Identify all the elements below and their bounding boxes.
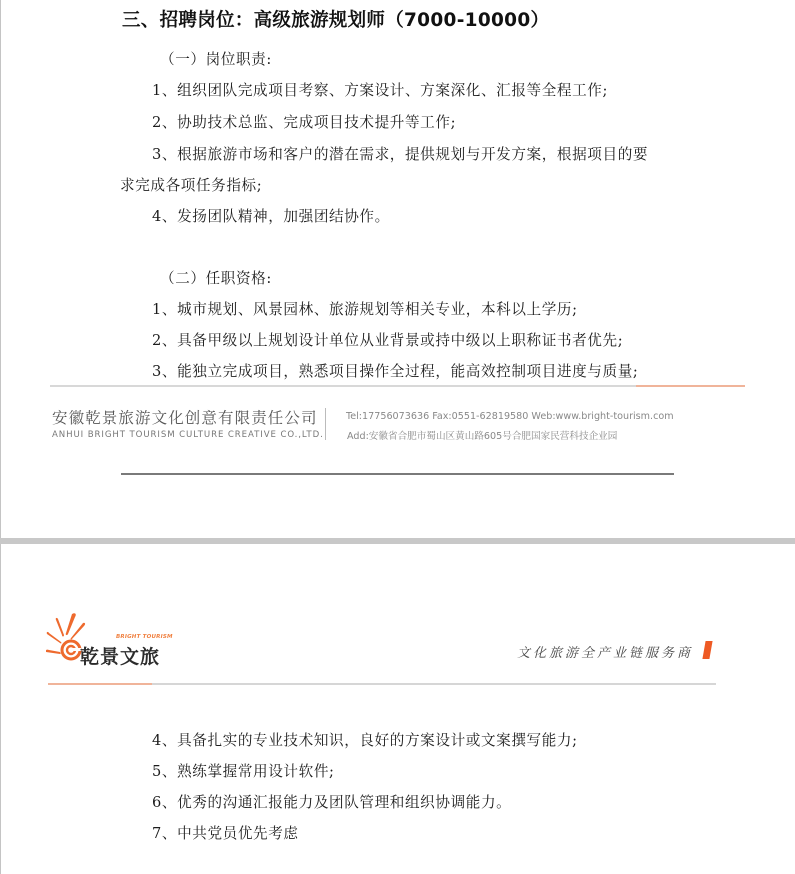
duties-title: （一）岗位职责: [160, 48, 272, 69]
footer-rule-accent [636, 385, 745, 387]
qualification-item: 3、能独立完成项目，熟悉项目操作全过程，能高效控制项目进度与质量; [152, 360, 638, 381]
duty-item: 4、发扬团队精神，加强团结协作。 [152, 205, 390, 226]
duty-item: 2、协助技术总监、完成项目技术提升等工作; [152, 111, 456, 132]
duty-item-continued: 求完成各项任务指标; [120, 174, 262, 195]
duty-item: 3、根据旅游市场和客户的潜在需求，提供规划与开发方案，根据项目的要 [152, 143, 648, 164]
company-logo: BRIGHT TOURISM 乾景文旅 [46, 612, 176, 674]
company-name-en: ANHUI BRIGHT TOURISM CULTURE CREATIVE CO… [52, 430, 324, 440]
job-heading: 三、招聘岗位：高级旅游规划师（7000-10000） [122, 6, 549, 32]
slogan-accent-bar [702, 641, 712, 659]
header-rule-gray [152, 683, 716, 685]
qualification-item: 1、城市规划、风景园林、旅游规划等相关专业，本科以上学历; [152, 298, 578, 319]
qualification-item: 7、中共党员优先考虑 [152, 822, 299, 843]
logo-chinese-text: 乾景文旅 [80, 642, 160, 669]
header-rule-accent [48, 683, 152, 685]
contact-line-2: Add:安徽省合肥市蜀山区黄山路605号合肥国家民营科技企业园 [347, 428, 617, 442]
qualification-item: 5、熟练掌握常用设计软件; [152, 760, 335, 781]
logo-english-text: BRIGHT TOURISM [116, 634, 173, 640]
contact-line-1: Tel:17756073636 Fax:0551-62819580 Web:ww… [346, 411, 674, 422]
page-separator [0, 538, 795, 544]
duty-item: 1、组织团队完成项目考察、方案设计、方案深化、汇报等全程工作; [152, 79, 608, 100]
qualification-item: 6、优秀的沟通汇报能力及团队管理和组织协调能力。 [152, 791, 511, 812]
qualification-item: 2、具备甲级以上规划设计单位从业背景或持中级以上职称证书者优先; [152, 329, 623, 350]
qualification-item: 4、具备扎实的专业技术知识，良好的方案设计或文案撰写能力; [152, 729, 578, 750]
footer-vertical-divider [325, 408, 326, 440]
page-bottom-rule [121, 473, 674, 475]
company-name-cn: 安徽乾景旅游文化创意有限责任公司 [52, 406, 318, 428]
page-left-border [0, 0, 1, 874]
footer-rule-gray [50, 385, 636, 387]
company-slogan: 文化旅游全产业链服务商 [517, 642, 693, 661]
qualifications-title: （二）任职资格: [160, 267, 272, 288]
